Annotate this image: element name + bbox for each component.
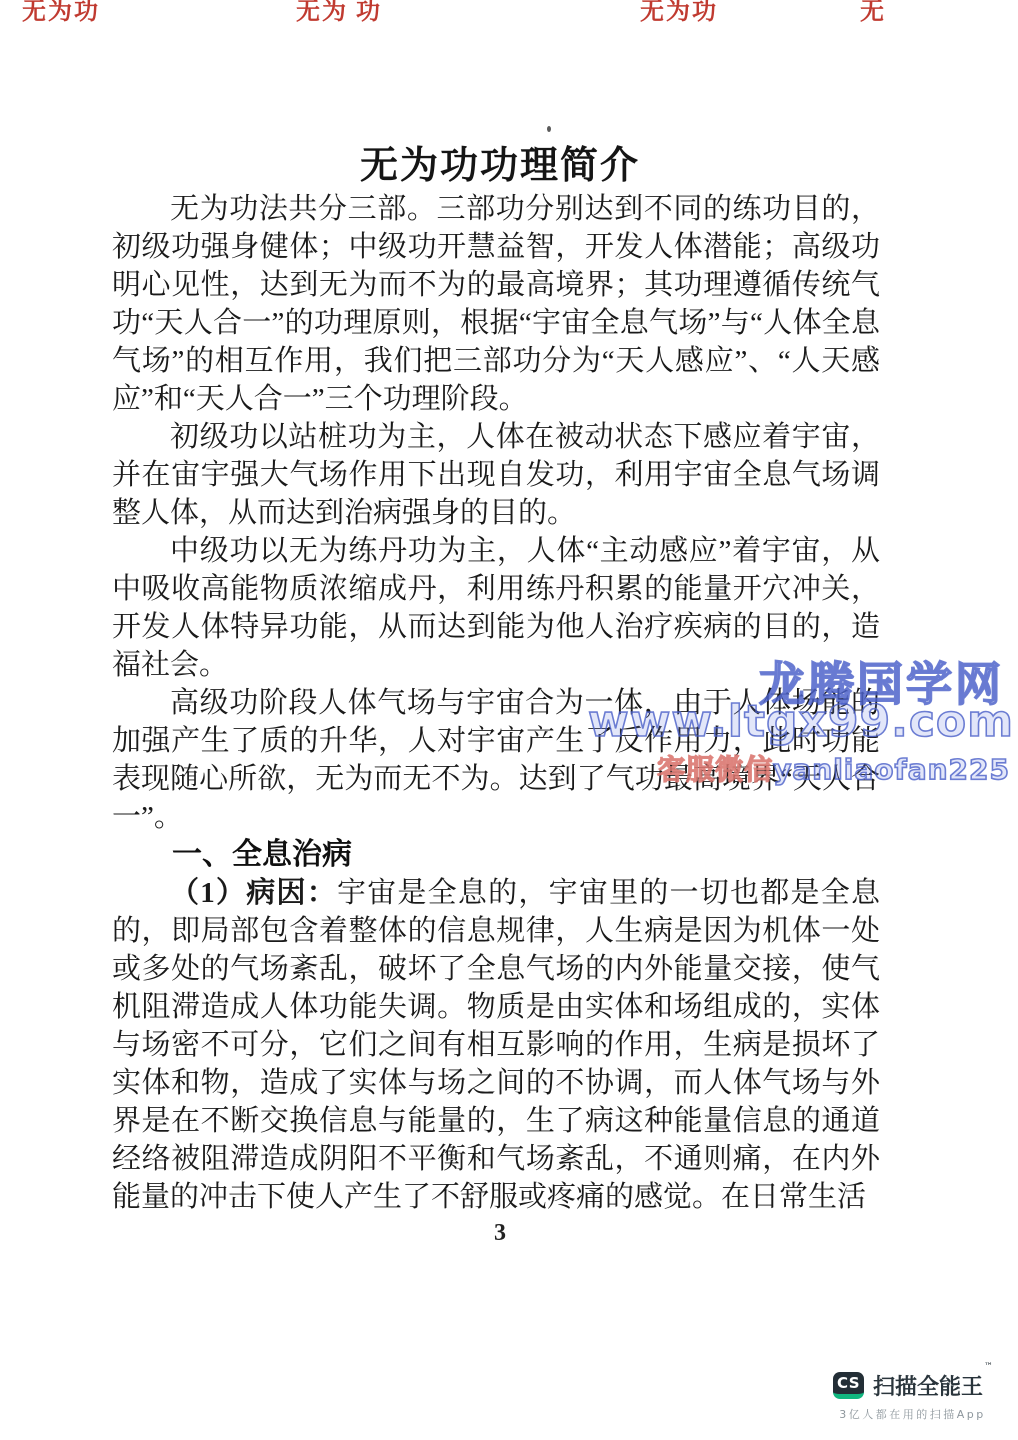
scanned-document-page: 无为功 无为 功 无为功 无 无为功功理简介 无为功法共分三部。三部功分别达到不… [0, 0, 1018, 1440]
watermark-site-url: www.ltgx99.com [588, 696, 1014, 747]
trademark-symbol: ™ [984, 1362, 993, 1372]
paragraph-5-lead: （1）病因： [170, 877, 337, 909]
top-red-mark: 无为功 [22, 0, 100, 26]
watermark-contact: 客服微信yanliaofan225 [657, 748, 1010, 788]
paragraph-5-body: 宇宙是全息的，宇宙里的一切也都是全息的，即局部包含着整体的信息规律，人生病是因为… [112, 877, 880, 1213]
top-red-mark: 无为功 [640, 0, 718, 26]
camscanner-app-name: 扫描全能王™ [873, 1370, 992, 1401]
page-title: 无为功功理简介 [0, 134, 1000, 189]
paragraph-2: 初级功以站桩功为主，人体在被动状态下感应着宇宙，并在宙宇强大气场作用下出现自发功… [112, 418, 880, 532]
scan-artifact-dot [547, 126, 551, 132]
watermark-contact-id: yanliaofan225 [773, 753, 1010, 786]
camscanner-branding: CS 扫描全能王™ 3亿人都在用的扫描App [833, 1370, 992, 1422]
section-heading: 一、全息治病 [112, 836, 880, 874]
paragraph-5: （1）病因：宇宙是全息的，宇宙里的一切也都是全息的，即局部包含着整体的信息规律，… [112, 874, 880, 1216]
watermark-contact-label: 客服微信 [657, 753, 773, 786]
top-red-mark: 无 [860, 0, 886, 26]
paragraph-1: 无为功法共分三部。三部功分别达到不同的练功目的，初级功强身健体；中级功开慧益智，… [112, 190, 880, 418]
top-red-mark: 无为 功 [296, 0, 382, 26]
page-number: 3 [0, 1220, 1000, 1247]
camscanner-tagline: 3亿人都在用的扫描App [839, 1406, 986, 1422]
camscanner-logo-icon: CS [833, 1372, 864, 1399]
